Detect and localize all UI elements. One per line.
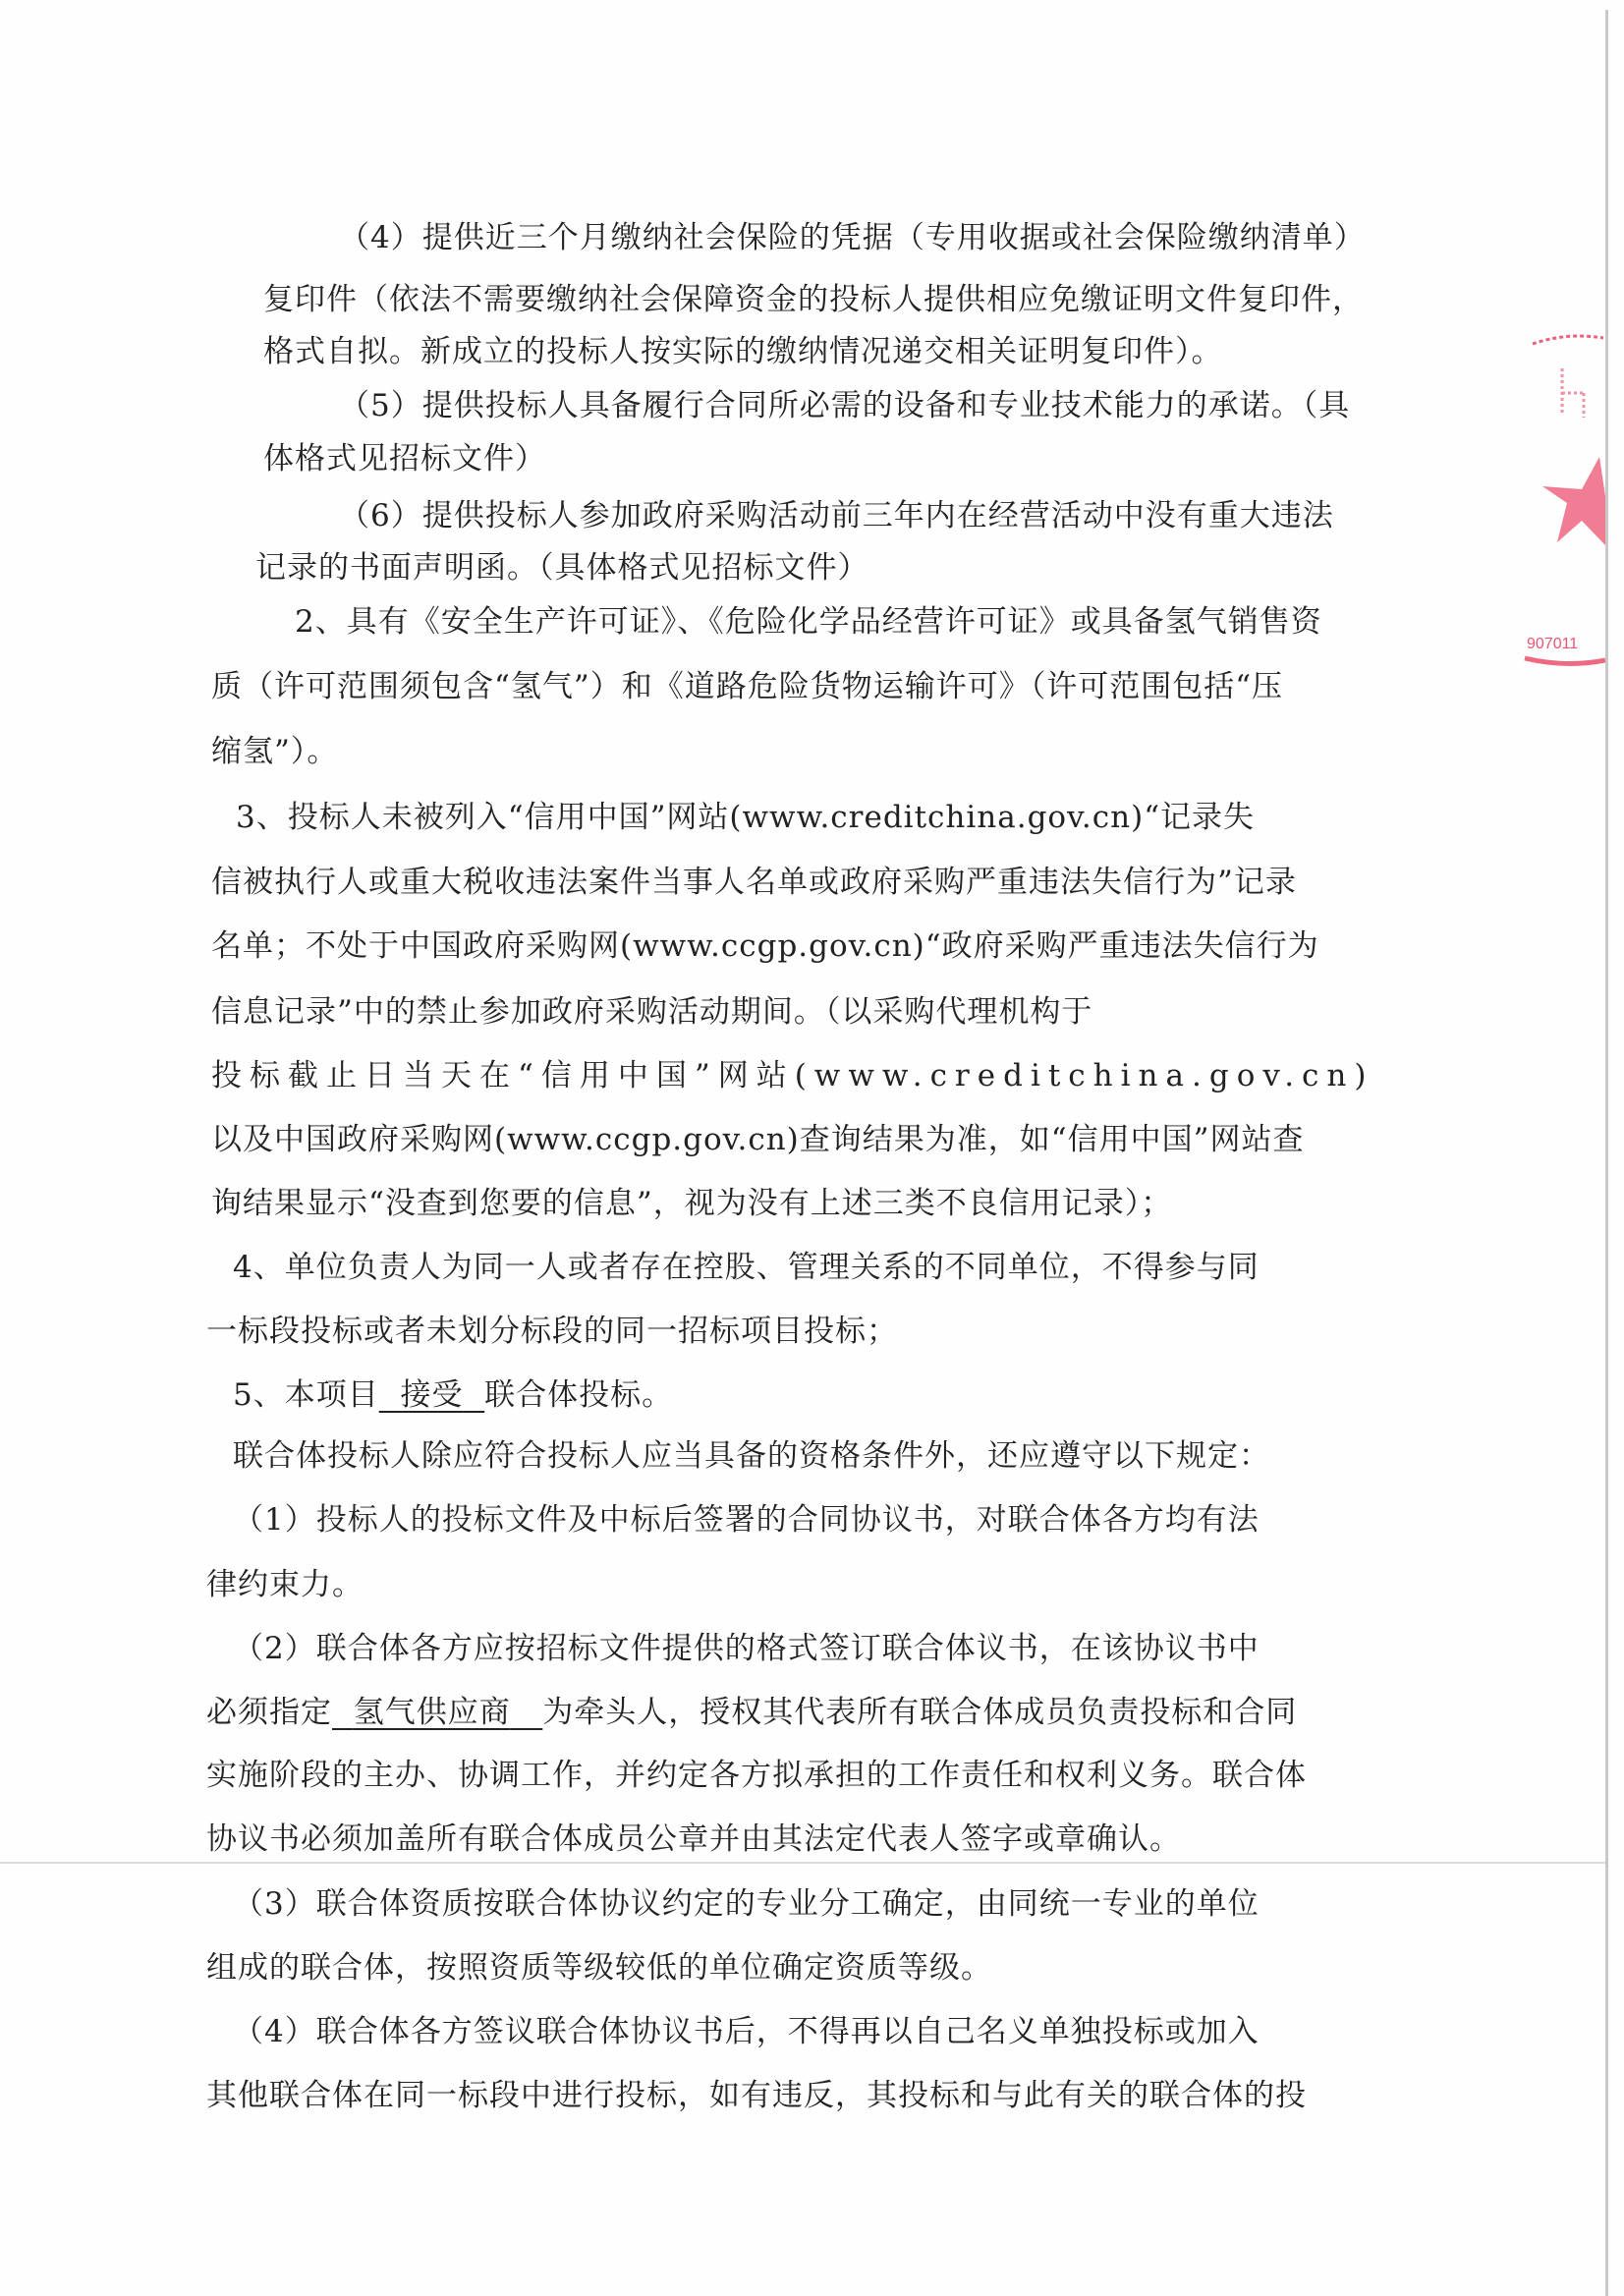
text-line: 协议书必须加盖所有联合体成员公章并由其法定代表人签字或章确认。 <box>206 1820 1181 1859</box>
page-edge-shadow <box>1605 10 1608 2296</box>
text-line: 信被执行人或重大税收违法案件当事人名单或政府采购严重违法失信行为”记录 <box>211 863 1297 902</box>
text-line: 以及中国政府采购网(www.ccgp.gov.cn)查询结果为准，如“信用中国”… <box>211 1120 1304 1159</box>
text-line: （3）联合体资质按联合体协议约定的专业分工确定，由同统一专业的单位 <box>233 1884 1260 1924</box>
text-line: 其他联合体在同一标段中进行投标，如有违反，其投标和与此有关的联合体的投 <box>206 2076 1307 2115</box>
text-line: 信息记录”中的禁止参加政府采购活动期间。（以采购代理机构于 <box>211 992 1092 1032</box>
text-line: 体格式见招标文件） <box>263 439 546 478</box>
text-line: （4）提供近三个月缴纳社会保险的凭据（专用收据或社会保险缴纳清单） <box>339 218 1366 257</box>
lead-party-line: 必须指定 氢气供应商 为牵头人，授权其代表所有联合体成员负责投标和合同 <box>206 1693 1297 1732</box>
lead-party-blank: 氢气供应商 <box>332 1695 542 1730</box>
text-line: 律约束力。 <box>206 1565 364 1604</box>
item5-line: 5、本项目 接受 联合体投标。 <box>233 1375 673 1415</box>
red-seal-stamp: 907011 <box>1513 324 1605 678</box>
text-line: 缩氢”）。 <box>211 732 338 771</box>
text-line: 复印件（依法不需要缴纳社会保障资金的投标人提供相应免缴证明文件复印件， <box>263 280 1364 319</box>
text-line: 质（许可范围须包含“氢气”）和《道路危险货物运输许可》（许可范围包括“压 <box>211 667 1283 706</box>
text-line: 一标段投标或者未划分标段的同一招标项目投标； <box>206 1312 898 1351</box>
text-line: 4、单位负责人为同一人或者存在控股、管理关系的不同单位，不得参与同 <box>233 1248 1260 1287</box>
text-line: （4）联合体各方签议联合体协议书后，不得再以自己名义单独投标或加入 <box>233 2012 1260 2051</box>
item5-suffix: 联合体投标。 <box>484 1377 673 1413</box>
document-page: （4）提供近三个月缴纳社会保险的凭据（专用收据或社会保险缴纳清单） 复印件（依法… <box>0 0 1624 2296</box>
text-line: 名单；不处于中国政府采购网(www.ccgp.gov.cn)“政府采购严重违法失… <box>211 926 1319 966</box>
text-line: 记录的书面声明函。（具体格式见招标文件） <box>255 548 869 588</box>
lead-prefix: 必须指定 <box>206 1695 332 1730</box>
text-line: 组成的联合体，按照资质等级较低的单位确定资质等级。 <box>206 1948 992 1988</box>
text-line: 实施阶段的主办、协调工作，并约定各方拟承担的工作责任和权利义务。联合体 <box>206 1756 1307 1795</box>
text-line: （1）投标人的投标文件及中标后签署的合同协议书，对联合体各方均有法 <box>233 1500 1260 1540</box>
text-line: 投标截止日当天在“信用中国”网站(www.creditchina.gov.cn) <box>211 1056 1373 1095</box>
text-line: 3、投标人未被列入“信用中国”网站(www.creditchina.gov.cn… <box>236 798 1255 837</box>
text-line: （5）提供投标人具备履行合同所必需的设备和专业技术能力的承诺。（具 <box>339 386 1350 425</box>
lead-suffix: 为牵头人，授权其代表所有联合体成员负责投标和合同 <box>542 1695 1297 1730</box>
item5-prefix: 5、本项目 <box>233 1377 379 1413</box>
scan-fold-line <box>0 1862 1605 1864</box>
svg-text:907011: 907011 <box>1527 636 1578 652</box>
text-line: 格式自拟。新成立的投标人按实际的缴纳情况递交相关证明复印件）。 <box>263 332 1223 371</box>
text-line: （2）联合体各方应按招标文件提供的格式签订联合体议书，在该协议书中 <box>233 1629 1260 1668</box>
text-line: 询结果显示“没查到您要的信息”，视为没有上述三类不良信用记录）； <box>211 1184 1172 1223</box>
text-line: 2、具有《安全生产许可证》、《危险化学品经营许可证》或具备氢气销售资 <box>295 602 1322 642</box>
text-line: 联合体投标人除应符合投标人应当具备的资格条件外，还应遵守以下规定： <box>233 1436 1270 1476</box>
item5-blank: 接受 <box>379 1377 484 1413</box>
text-line: （6）提供投标人参加政府采购活动前三年内在经营活动中没有重大违法 <box>339 496 1334 535</box>
